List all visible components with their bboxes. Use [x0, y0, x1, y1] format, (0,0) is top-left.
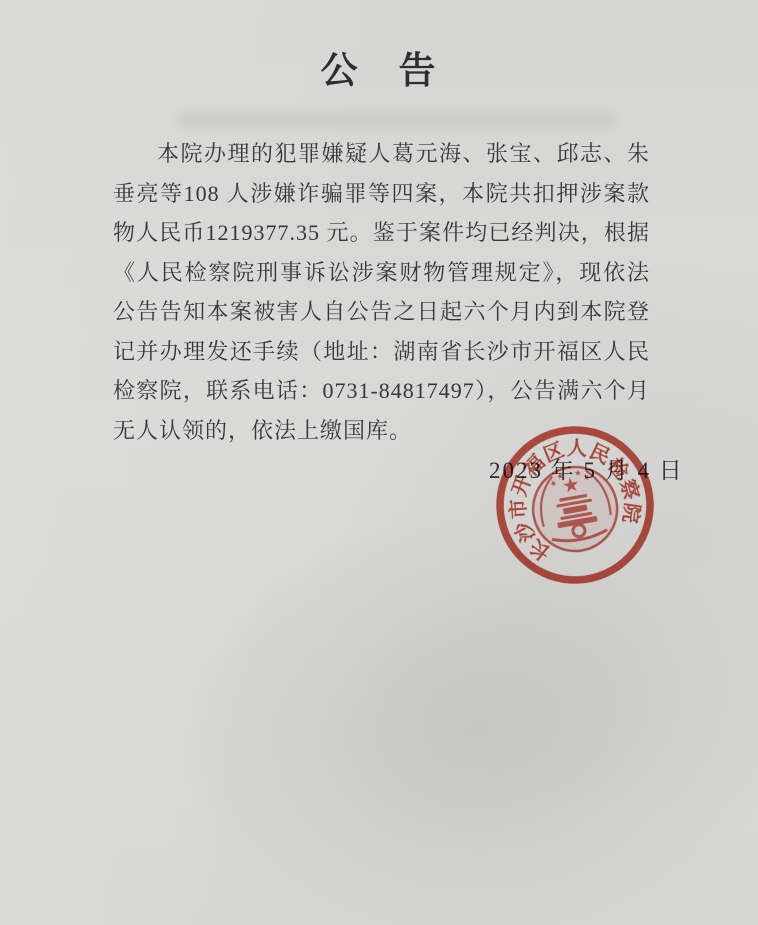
ink-showthrough-smudge	[175, 113, 615, 127]
svg-text:市: 市	[505, 498, 530, 520]
svg-text:院: 院	[618, 501, 645, 524]
document-photo: 公 告 本院办理的犯罪嫌疑人葛元海、张宝、邱志、朱垂亮等108 人涉嫌诈骗罪等四…	[0, 0, 758, 925]
announcement-body-text: 本院办理的犯罪嫌疑人葛元海、张宝、邱志、朱垂亮等108 人涉嫌诈骗罪等四案，本院…	[113, 134, 650, 450]
official-seal: 长沙市开福区人民检察院	[486, 416, 664, 594]
svg-text:人: 人	[567, 437, 588, 461]
page-title: 公 告	[0, 52, 758, 93]
